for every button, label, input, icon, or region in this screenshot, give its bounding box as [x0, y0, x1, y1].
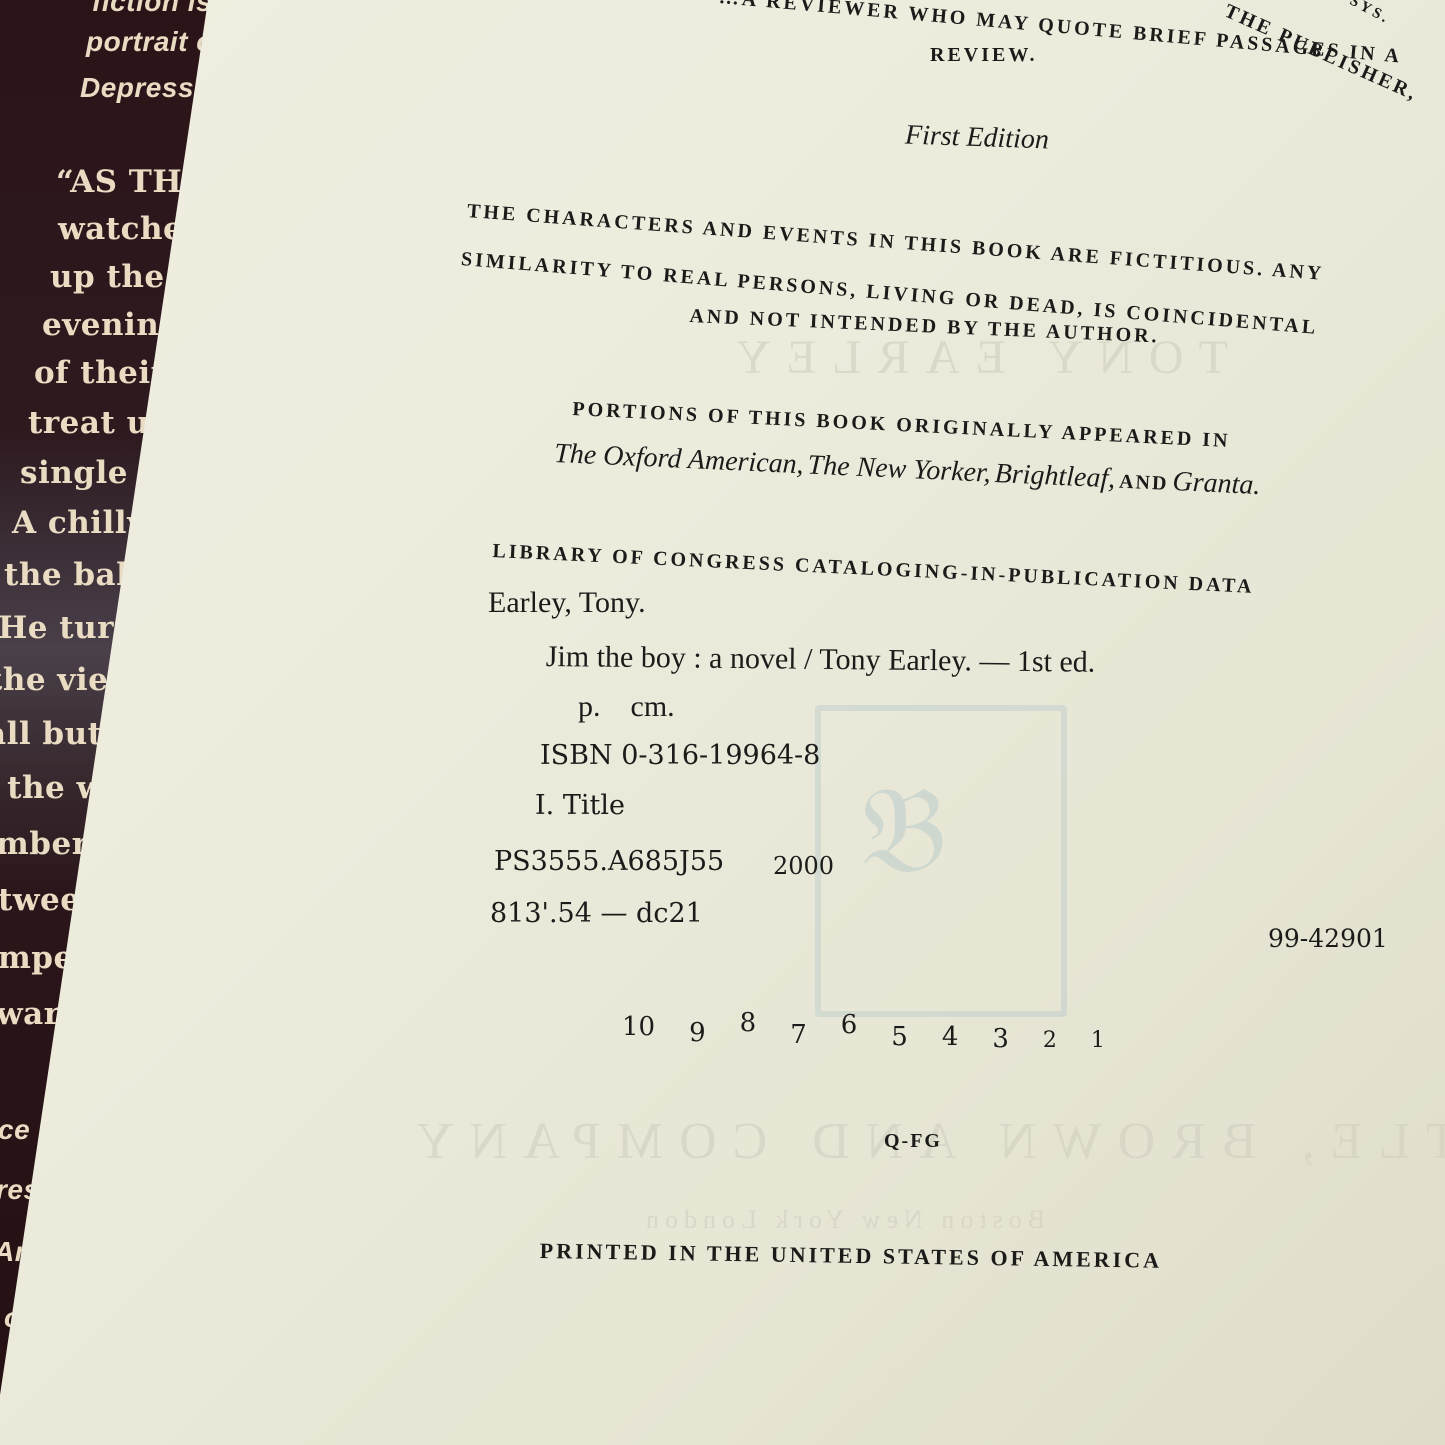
- cover-text-line: f the w: [0, 770, 104, 806]
- cover-text-line: ce: [0, 1114, 30, 1146]
- cip-dewey: 813'.54 — dc21: [490, 898, 703, 929]
- cip-lc-class: PS3555.A685J55: [494, 846, 724, 877]
- library-stamp-watermark: 𝔅: [815, 705, 1067, 1017]
- printing-number: 9: [689, 1018, 706, 1048]
- cip-author: Earley, Tony.: [488, 586, 646, 620]
- cip-title-statement: Jim the boy : a novel / Tony Earley. — 1…: [546, 640, 1096, 680]
- cover-text-line: up the: [50, 259, 165, 295]
- cover-text-line: mber: [0, 826, 89, 862]
- cover-text-line: twee: [0, 882, 80, 918]
- rights-statement-end: REVIEW.: [930, 44, 1038, 67]
- cover-text-line: A chilly: [12, 505, 146, 541]
- cip-lccn: 99-42901: [1268, 924, 1388, 953]
- stamp-emblem-icon: 𝔅: [861, 761, 948, 901]
- cip-physical-description: p. cm.: [578, 690, 675, 724]
- bleed-through-cities: Boston New York London: [640, 1205, 1045, 1235]
- printing-number: 8: [740, 1008, 757, 1038]
- cover-text-line: the bal: [4, 557, 128, 593]
- cover-text-line: the vie: [0, 662, 108, 698]
- printer-code: Q-FG: [884, 1130, 942, 1153]
- printing-number: 6: [841, 1010, 858, 1040]
- printing-number: 1: [1091, 1028, 1105, 1053]
- cover-text-line: treat u: [28, 405, 150, 441]
- edition-label: First Edition: [904, 119, 1049, 156]
- cover-text-line: portrait o: [86, 26, 214, 58]
- publication-oxford-american: The Oxford American,: [554, 438, 805, 480]
- cip-subject: I. Title: [535, 790, 625, 821]
- cip-isbn: ISBN 0-316-19964-8: [540, 740, 820, 771]
- cip-lc-year: 2000: [773, 852, 834, 880]
- cover-text-line: watche: [58, 211, 183, 247]
- printing-number: 7: [790, 1020, 807, 1050]
- printed-in-statement: PRINTED IN THE UNITED STATES OF AMERICA: [540, 1238, 1163, 1274]
- printing-number: 10: [622, 1012, 655, 1042]
- conjunction-and: AND: [1119, 471, 1169, 495]
- cover-text-line: of their: [34, 355, 168, 391]
- printing-number: 5: [891, 1022, 908, 1052]
- printing-number: 3: [992, 1024, 1009, 1054]
- cover-text-line: Depressi: [80, 72, 202, 104]
- publication-new-yorker: The New Yorker,: [807, 450, 992, 489]
- publication-brightleaf: Brightleaf,: [994, 458, 1116, 494]
- copyright-page: LITTLE, BROWN AND COMPANY Boston New Yor…: [0, 0, 1445, 1445]
- cover-text-line: fiction is: [92, 0, 212, 18]
- printing-number-line: 10987654321: [622, 1012, 1139, 1042]
- publication-granta: Granta.: [1172, 466, 1261, 501]
- printing-number: 2: [1043, 1028, 1057, 1053]
- rights-statement-fragment: SYS.: [1347, 0, 1393, 28]
- printing-number: 4: [942, 1022, 959, 1052]
- cover-text-line: all but: [0, 716, 102, 752]
- cover-text-line: single t: [20, 455, 154, 491]
